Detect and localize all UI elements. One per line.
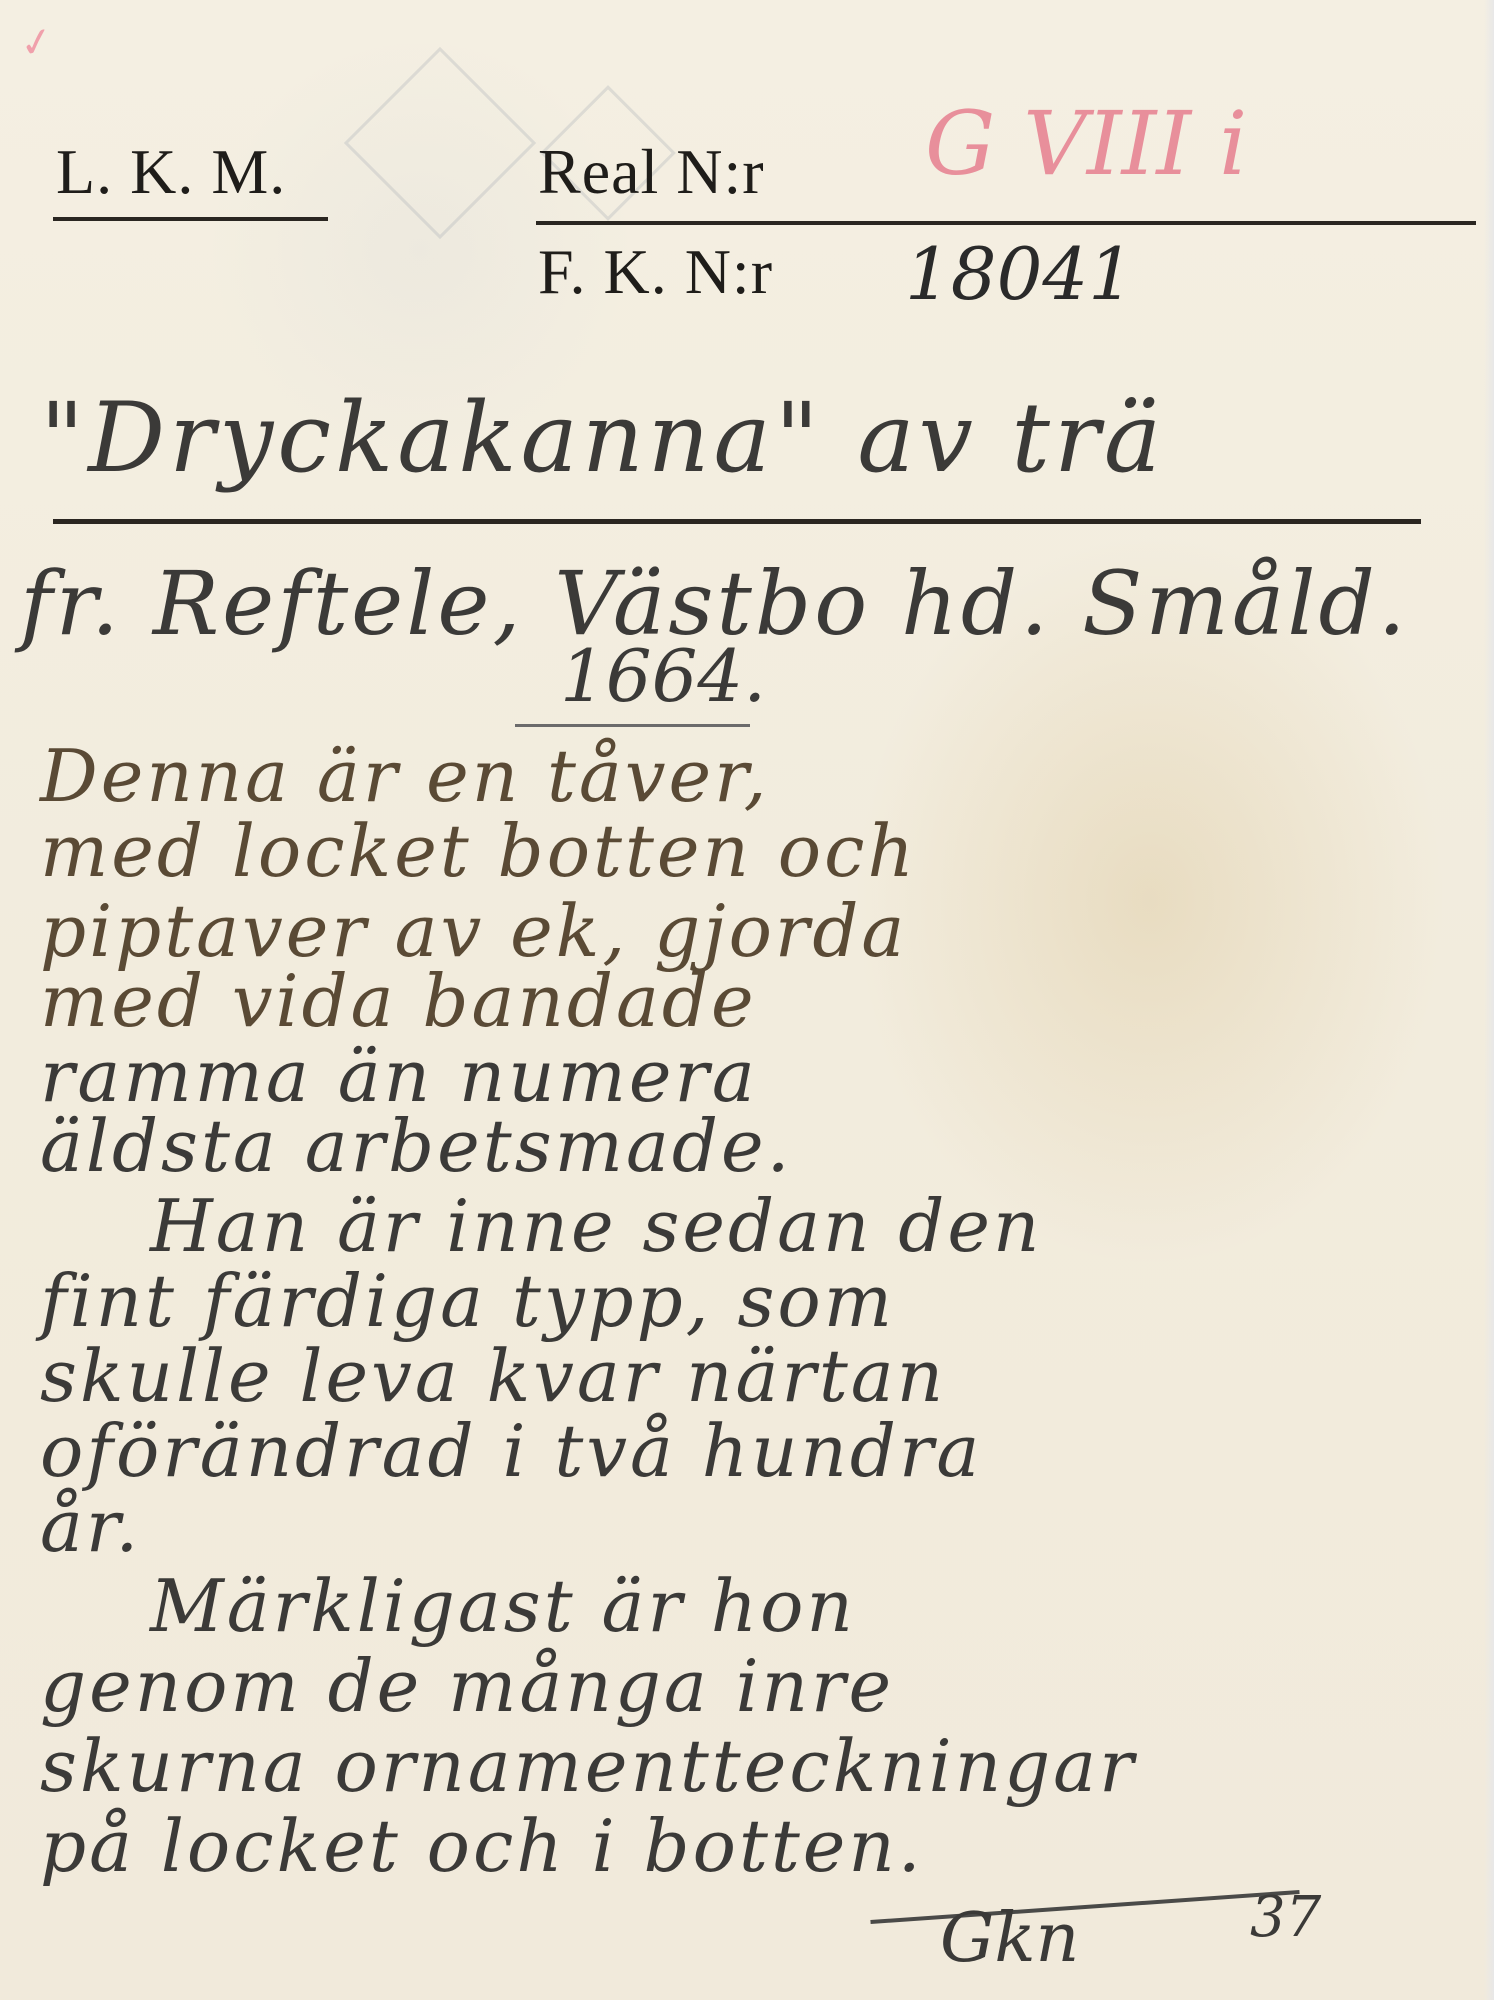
body-line: oförändrad i två hundra xyxy=(40,1415,982,1487)
year-underline xyxy=(515,724,750,727)
check-mark-icon: ✓ xyxy=(16,17,57,68)
signature-stroke xyxy=(870,1890,1299,1924)
catalog-card: ✓ L. K. M. Real N:r G VIII i F. K. N:r 1… xyxy=(0,0,1494,2000)
real-nr-value: G VIII i xyxy=(925,100,1247,188)
body-line: ramma än numera xyxy=(40,1040,758,1112)
object-year: 1664. xyxy=(560,640,766,712)
body-line: med locket botten och xyxy=(40,815,917,887)
body-line: skulle leva kvar närtan xyxy=(40,1340,946,1412)
lkm-underline xyxy=(53,217,328,221)
title-rule xyxy=(53,519,1421,524)
body-line: piptaver av ek, gjorda xyxy=(40,895,907,967)
real-nr-rule xyxy=(536,221,1476,225)
scan-edge xyxy=(1484,0,1494,2000)
body-line: Denna är en tåver, xyxy=(40,740,770,812)
body-line: på locket och i botten. xyxy=(40,1810,924,1882)
signature-initials: Gkn xyxy=(940,1905,1079,1973)
fk-nr-label: F. K. N:r xyxy=(538,240,773,304)
body-line: fint färdiga typp, som xyxy=(40,1265,895,1337)
lkm-label: L. K. M. xyxy=(56,140,286,204)
fk-nr-value: 18041 xyxy=(905,238,1134,310)
body-line: Märkligast är hon xyxy=(150,1570,856,1642)
body-line: år. xyxy=(40,1490,141,1562)
signature-year: 37 xyxy=(1250,1890,1321,1946)
object-title: "Dryckakanna" av trä xyxy=(40,390,1165,486)
body-line: äldsta arbetsmade. xyxy=(40,1110,792,1182)
body-line: med vida bandade xyxy=(40,965,757,1037)
faint-sketch-mark xyxy=(344,47,536,239)
body-line: genom de många inre xyxy=(40,1650,894,1722)
real-nr-label: Real N:r xyxy=(538,140,765,204)
body-line: Han är inne sedan den xyxy=(150,1190,1042,1262)
body-line: skurna ornamentteckningar xyxy=(40,1730,1137,1802)
